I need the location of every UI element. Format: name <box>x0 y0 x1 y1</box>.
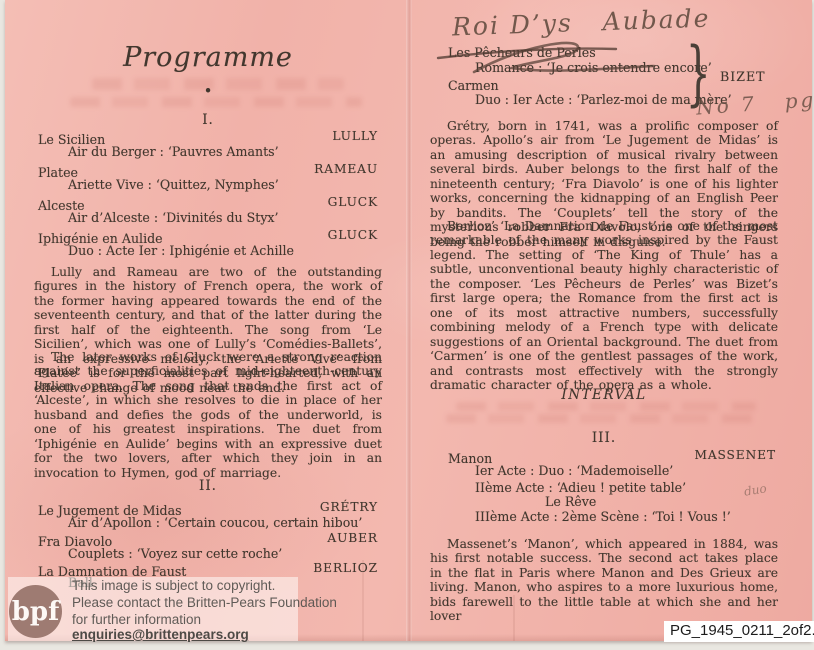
right-paragraph-3: Massenet’s ‘Manon’, which appeared in 18… <box>430 537 778 624</box>
watermark-line-3: for further information <box>72 612 201 627</box>
work-detail: Ariette Vive : ‘Quittez, Nymphes’ <box>68 177 279 192</box>
section-2-numeral: II. <box>38 478 378 494</box>
work-title-struck: Les Pêcheurs de Perles <box>448 45 596 60</box>
section-1-numeral: I. <box>38 112 378 128</box>
image-filename-label: PG_1945_0211_2of2.jpg <box>664 621 814 642</box>
work-detail: Air du Berger : ‘Pauvres Amants’ <box>68 144 279 159</box>
left-paragraph-2: The later works of Gluck were a strong r… <box>34 350 382 480</box>
work-detail-struck: Romance : ‘Je crois entendre encore’ <box>475 60 712 75</box>
work-title: Carmen <box>448 78 499 93</box>
act-line: Le Rêve <box>545 494 596 509</box>
work-detail: Air d’Alceste : ‘Divinités du Styx’ <box>68 210 279 225</box>
composer-name: GRÉTRY <box>320 500 378 514</box>
programme-title: Programme <box>38 42 378 73</box>
section-3-numeral: III. <box>430 430 778 446</box>
bpf-logo: bpf <box>9 585 62 638</box>
composer-name: LULLY <box>332 129 378 143</box>
composer-name: BIZET <box>720 69 766 84</box>
act-line: IIIème Acte : 2ème Scène : ‘Toi ! Vous !… <box>475 509 731 524</box>
watermark-line-1: This image is subject to copyright. <box>72 578 275 593</box>
scanned-programme-page: Programme • I. Le Sicilien LULLY Air du … <box>0 0 814 650</box>
act-line: IIème Acte : ‘Adieu ! petite table’ <box>475 480 686 495</box>
act-line: Ier Acte : Duo : ‘Mademoiselle’ <box>475 463 673 478</box>
composer-name: GLUCK <box>328 195 378 209</box>
watermark-email-link[interactable]: enquiries@brittenpears.org <box>72 627 249 642</box>
composer-name: BERLIOZ <box>313 561 378 575</box>
work-detail: Couplets : ‘Voyez sur cette roche’ <box>68 546 282 561</box>
composer-name: GLUCK <box>328 228 378 242</box>
watermark-line-2: Please contact the Britten-Pears Foundat… <box>72 595 337 610</box>
right-paragraph-2: Berlioz’ ‘La Damnation de Faust’ is one … <box>430 219 778 392</box>
composer-name: AUBER <box>327 531 378 545</box>
interval-heading: INTERVAL <box>430 387 778 403</box>
title-bullet: • <box>38 82 378 100</box>
work-detail: Air d’Apollon : ‘Certain coucou, certain… <box>68 515 362 530</box>
composer-name: RAMEAU <box>314 162 378 176</box>
work-detail: Duo : Acte Ier : Iphigénie et Achille <box>68 243 294 258</box>
composer-name: MASSENET <box>694 448 776 462</box>
